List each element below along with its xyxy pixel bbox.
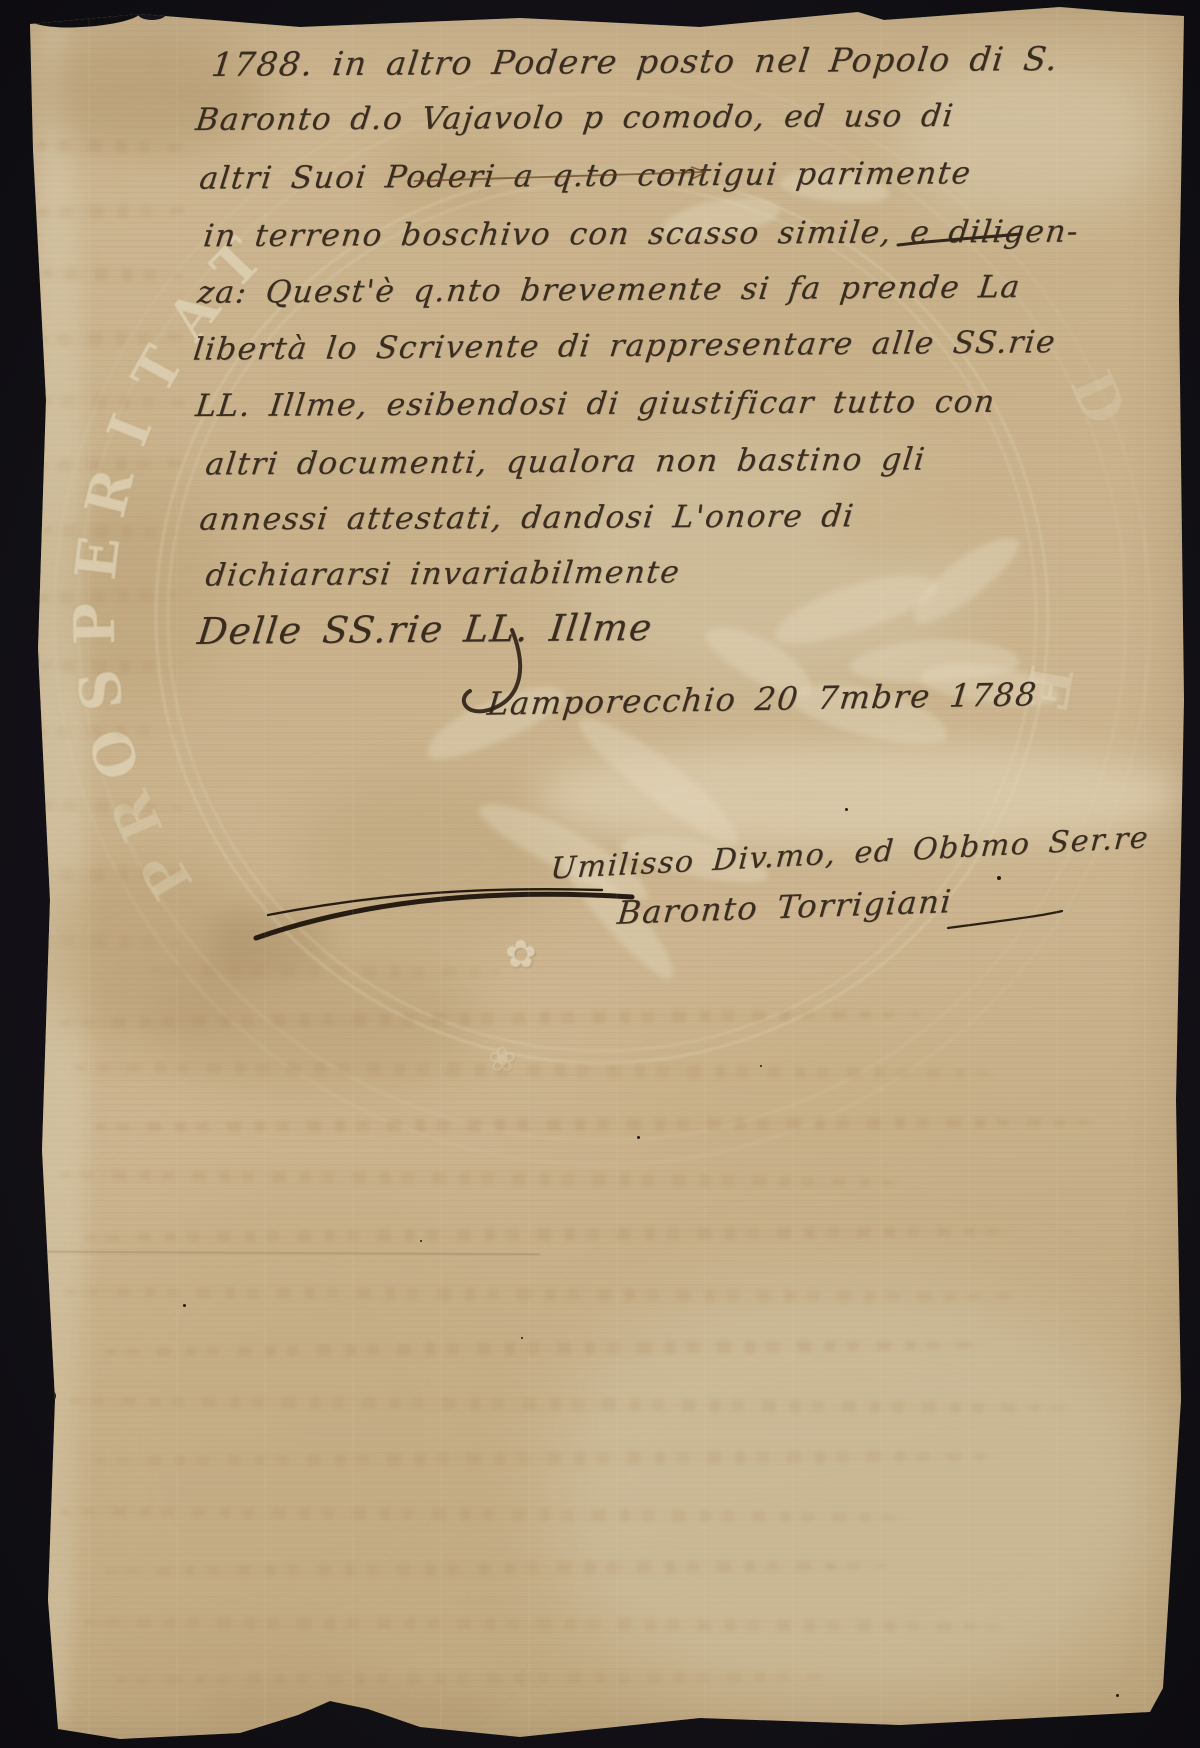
watermark-letter: I (95, 406, 166, 455)
manuscript-line: Baronto d.o Vajavolo p comodo, ed uso di (194, 98, 957, 138)
paper-stain (80, 1620, 380, 1710)
ink-speck (183, 1304, 186, 1307)
manuscript-line: LL. Illme, esibendosi di giustificar tut… (194, 384, 998, 424)
manuscript-line: libertà lo Scrivente di rappresentare al… (192, 324, 1059, 368)
watermark-letter: R (97, 782, 176, 851)
watermark-letter: D (1057, 361, 1140, 435)
ink-speck (760, 1065, 762, 1067)
manuscript-line: 1788. in altro Podere posto nel Popolo d… (209, 39, 1060, 84)
watermark-letter: T (119, 336, 197, 404)
paper-stain (210, 905, 330, 975)
paper-stain (540, 1280, 1160, 1710)
manuscript-line: Baronto Torrigiani (616, 882, 954, 932)
bleed-through-line (60, 1168, 900, 1188)
paper-stain (300, 780, 560, 940)
manuscript-line: Delle SS.rie LL. Illme (195, 606, 655, 653)
paper-stain (60, 480, 220, 700)
paper-stain (900, 60, 1160, 220)
paper-stain (600, 1020, 980, 1160)
manuscript-paper: TATIREPSORPED ✿ ❀ 1788. in altro Podere … (0, 0, 1200, 1748)
manuscript-line: annessi attestati, dandosi L'onore di (198, 498, 857, 537)
manuscript-line: altri documenti, qualora non bastino gli (204, 441, 928, 482)
manuscript-line: za: Quest'è q.nto brevemente si fa prend… (196, 269, 1023, 311)
ink-speck (521, 1337, 523, 1339)
flower-watermark-icon: ❀ (488, 1040, 517, 1080)
manuscript-line: Lamporecchio 20 7mbre 1788 (485, 675, 1039, 723)
paper-stain (150, 950, 480, 1090)
manuscript-line: dichiararsi invariabilmente (204, 554, 683, 593)
flower-watermark-icon: ✿ (505, 932, 537, 976)
ink-speck (997, 876, 1001, 880)
manuscript-line: in terreno boschivo con scasso simile, e… (202, 214, 1081, 255)
watermark-letter: O (76, 722, 153, 787)
ink-speck (1116, 1694, 1119, 1697)
ink-speck (845, 808, 848, 811)
manuscript-line: altri Suoi Poderi a q.to contigui parime… (198, 155, 974, 196)
ink-speck (637, 1136, 640, 1139)
ink-speck (420, 1240, 422, 1242)
